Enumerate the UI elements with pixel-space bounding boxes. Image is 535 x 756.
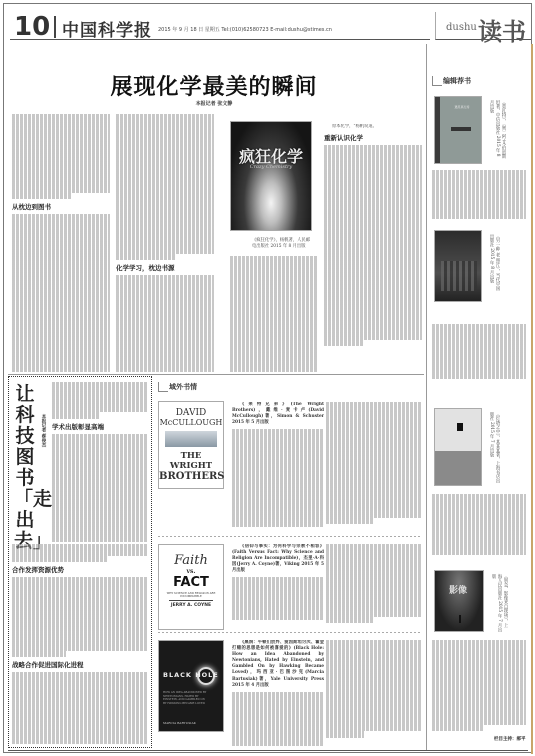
pick-1-cover: 遇见莫扎特 (434, 96, 482, 164)
lead-subhead-1: 从枕边到图书 (12, 204, 110, 210)
lead-column-4: 原本化学，"杨帆说道。 重新认识化学 (324, 124, 422, 372)
editor-picks-label-text: 编辑荐书 (443, 76, 471, 85)
section-marker-icon (432, 76, 442, 86)
right-column-divider (426, 44, 427, 750)
pick-4-cover: 影像 (434, 570, 484, 632)
cover-ornament (451, 127, 471, 131)
cover-figure (459, 615, 461, 623)
book-cover-faith-vs-fact: Faith vs. FACT WHY SCIENCE AND RELIGION … (158, 544, 224, 630)
side-subhead-2: 合作发挥资源优势 (12, 567, 148, 573)
cover-author: DAVID (159, 408, 223, 418)
book-divider (158, 632, 422, 633)
body-text (116, 114, 214, 260)
cover-rule (169, 600, 213, 601)
side-article-byline: 本报记者 郝俊杰 (40, 414, 46, 474)
side-subhead-1: 学术出版彰显高端 (52, 424, 148, 430)
cover-subtitle: WHY SCIENCE AND RELIGION ARE INCOMPATIBL… (163, 592, 219, 598)
book-cover-wright-brothers: DAVID McCULLOUGH THE WRIGHT BROTHERS (158, 401, 224, 489)
side-article-column-top: 学术出版彰显高端 (52, 382, 148, 542)
pick-1-text (432, 170, 526, 226)
pick-1-cover-title: 遇见莫扎特 (445, 105, 479, 109)
section-name-en: dushu (446, 22, 477, 33)
book-2-review: 《信仰与事实：为何科学与宗教不相容》(Faith Versus Fact: Wh… (232, 544, 324, 628)
lead-column-3 (230, 256, 318, 372)
book-1-review: 《莱特兄弟》(The Wright Brothers)，戴维·麦卡卢(David… (232, 402, 324, 534)
pick-1-caption: 《莫扎特》，〔奥〕阿·艾·伯恩斯坦著，中信出版社 2015 年 8 月出版 (488, 100, 506, 160)
cover-subtitle: HOW AN IDEA ABANDONED BY NEWTONIANS, HAT… (163, 691, 207, 705)
body-text (324, 145, 422, 346)
lead-column-2: 化学学习，枕边书源 (116, 114, 214, 372)
side-article-title: 让科技图书「走出去」 (14, 384, 36, 552)
masthead: 10 中国科学报 2015 年 9 月 18 日 星期五 Tel:(010)62… (10, 12, 430, 40)
cover-title: BLACK HOLE (163, 671, 219, 679)
pick-2-caption: 《另一种 老 照片》，当代中国出版社 2015 年 8 月出版 (488, 234, 500, 294)
section-divider (8, 374, 424, 375)
book-cover-subtitle: Crazy Chemistry (231, 164, 311, 170)
book-2-title: 《信仰与事实：为何科学与宗教不相容》(Faith Versus Fact: Wh… (232, 544, 324, 574)
cover-title-fact: FACT (159, 575, 223, 590)
book-1-review-cont (326, 402, 422, 534)
bottom-rule (8, 750, 528, 751)
cover-title-vs: vs. (159, 568, 223, 575)
cover-author: MARCIA BARTUSIAK (163, 721, 196, 725)
lead-byline: 本报记者 张文静 (4, 100, 424, 107)
cover-author: JERRY A. COYNE (159, 603, 223, 608)
pick-4-caption: 《别急，影像来自现场》，上海人民出版社 2015 年 7 月出版 (490, 574, 508, 632)
pick-4-text (432, 640, 526, 742)
footer-credit: 栏目主持：郝平 (494, 736, 526, 742)
masthead-meta: 2015 年 9 月 18 日 星期五 Tel:(010)62580723 E-… (158, 26, 332, 33)
body-text (12, 214, 110, 372)
book-3-title: 《黑洞：牛顿们放弃、爱因斯坦讨厌、霍金打赌的思想是如何被喜爱的》(Black H… (232, 640, 324, 689)
foreign-books-label-text: 域外书情 (169, 382, 197, 391)
cover-photo (165, 431, 217, 447)
lead-headline: 展现化学最美的瞬间 (4, 70, 424, 101)
cover-title-faith: Faith (159, 553, 223, 568)
image-caption: 《疯狂化学》，杨帆著，人民邮电出版社 2015 年 8 月出版 (252, 238, 312, 250)
newspaper-page: 10 中国科学报 2015 年 9 月 18 日 星期五 Tel:(010)62… (3, 3, 532, 753)
cover-author-last: McCULLOUGH (159, 418, 223, 427)
editor-picks-label: 编辑荐书 (432, 76, 471, 86)
side-article-column-bottom: 合作发挥资源优势 战略合作促进国际化进程 (12, 544, 148, 744)
side-subhead-3: 战略合作促进国际化进程 (12, 662, 148, 668)
section-name-cn: 读书 (478, 12, 526, 47)
pick-2-cover (434, 230, 482, 302)
body-text (116, 275, 214, 372)
section-logo: dushu 读书 (435, 12, 531, 40)
book-1-title: 《莱特兄弟》(The Wright Brothers)，戴维·麦卡卢(David… (232, 402, 324, 426)
lead-subhead-2: 化学学习，枕边书源 (116, 265, 214, 271)
book-divider (158, 536, 422, 537)
pick-4-cover-title: 影像 (449, 583, 467, 596)
lead-subhead-3: 重新认识化学 (324, 135, 422, 141)
book-cover-black-hole: BLACK HOLE HOW AN IDEA ABANDONED BY NEWT… (158, 640, 224, 732)
book-3-review-cont (326, 640, 422, 746)
pick-3-caption: 《灯塔之中》，某某某著，上海书店出版社 2015 年 7 月出版 (488, 412, 500, 484)
cover-photo (441, 261, 477, 291)
book-3-review: 《黑洞：牛顿们放弃、爱因斯坦讨厌、霍金打赌的思想是如何被喜爱的》(Black H… (232, 640, 324, 746)
masthead-divider (54, 16, 56, 38)
pick-3-cover (434, 408, 482, 486)
cover-title-1: THE WRIGHT (159, 451, 223, 471)
pick-2-text (432, 324, 526, 386)
body-text (12, 114, 110, 199)
cover-figure (457, 423, 463, 431)
foreign-books-label: 域外书情 (158, 382, 197, 392)
section-marker-icon (158, 382, 168, 392)
book-2-review-cont (326, 544, 422, 628)
page-number: 10 (14, 14, 50, 40)
intro-fragment: 原本化学，"杨帆说道。 (324, 124, 422, 130)
book-cover-crazy-chemistry: 疯狂化学 Crazy Chemistry (230, 121, 312, 231)
paper-name: 中国科学报 (62, 16, 152, 41)
lead-column-1: 从枕边到图书 (12, 114, 110, 372)
right-accent-bar (531, 44, 533, 754)
cover-title-2: BROTHERS (159, 471, 223, 482)
pick-3-text (432, 494, 526, 560)
